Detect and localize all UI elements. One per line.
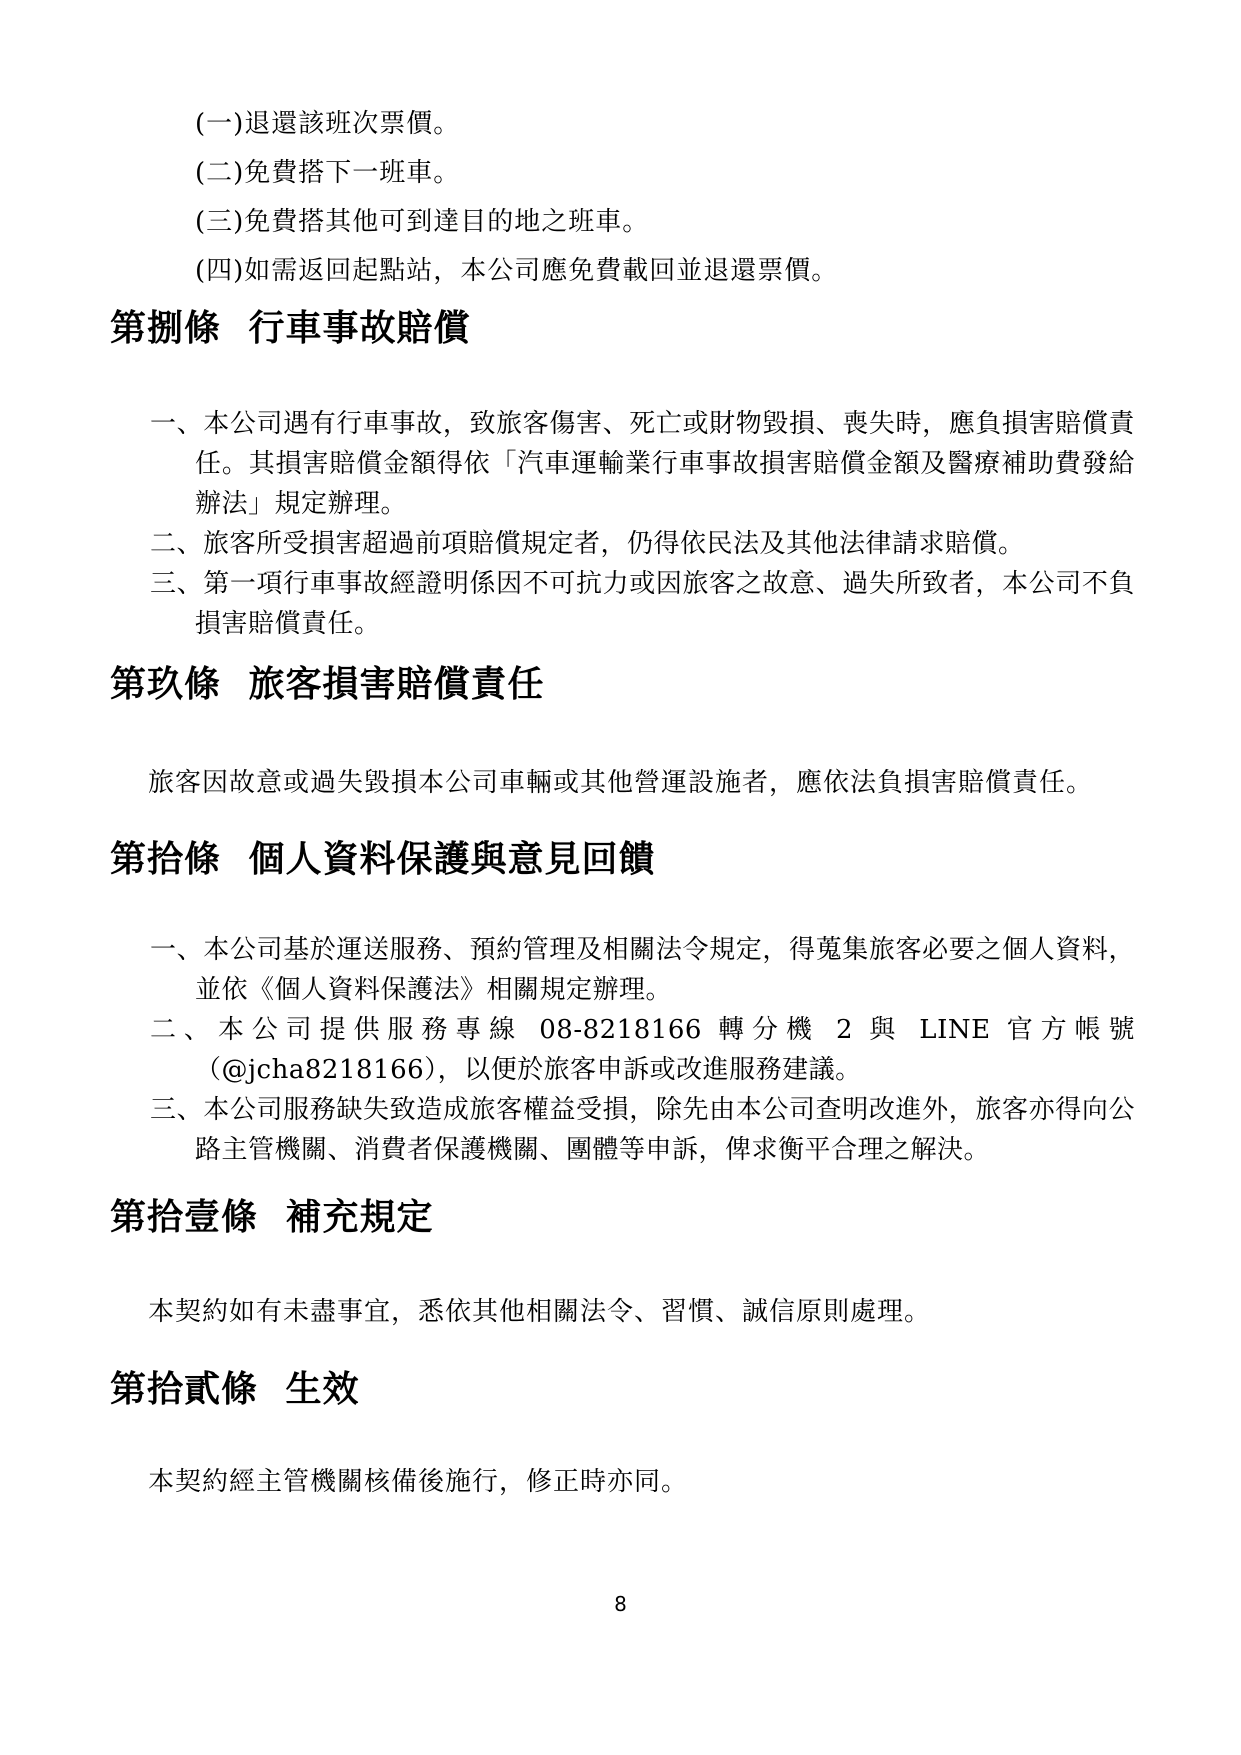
article-11-heading: 第拾壹條 補充規定 xyxy=(110,1199,434,1235)
list-item: 一、本公司基於運送服務、預約管理及相關法令規定，得蒐集旅客必要之個人資料，並依《… xyxy=(150,930,1135,1010)
list-item: 二、旅客所受損害超過前項賠償規定者，仍得依民法及其他法律請求賠償。 xyxy=(150,524,1135,564)
clause-sublist: (一)退還該班次票價。 (二)免費搭下一班車。 (三)免費搭其他可到達目的地之班… xyxy=(195,100,838,296)
article-11-paragraph: 本契約如有未盡事宜，悉依其他相關法令、習慣、誠信原則處理。 xyxy=(148,1292,1133,1332)
article-10-items: 一、本公司基於運送服務、預約管理及相關法令規定，得蒐集旅客必要之個人資料，並依《… xyxy=(150,930,1135,1170)
article-8-heading: 第捌條 行車事故賠償 xyxy=(110,310,471,346)
list-item: 一、本公司遇有行車事故，致旅客傷害、死亡或財物毀損、喪失時，應負損害賠償責任。其… xyxy=(150,404,1135,524)
article-12-paragraph: 本契約經主管機關核備後施行，修正時亦同。 xyxy=(148,1462,1133,1502)
article-8-items: 一、本公司遇有行車事故，致旅客傷害、死亡或財物毀損、喪失時，應負損害賠償責任。其… xyxy=(150,404,1135,644)
article-9-heading: 第玖條 旅客損害賠償責任 xyxy=(110,666,545,702)
article-12-heading: 第拾貳條 生效 xyxy=(110,1371,360,1407)
sublist-item: (二)免費搭下一班車。 xyxy=(195,149,838,198)
sublist-item: (三)免費搭其他可到達目的地之班車。 xyxy=(195,198,838,247)
article-9-paragraph: 旅客因故意或過失毀損本公司車輛或其他營運設施者，應依法負損害賠償責任。 xyxy=(148,763,1133,803)
sublist-item: (一)退還該班次票價。 xyxy=(195,100,838,149)
document-page: (一)退還該班次票價。 (二)免費搭下一班車。 (三)免費搭其他可到達目的地之班… xyxy=(0,0,1241,1755)
list-item: 二、本公司提供服務專線 08-8218166 轉分機 2 與 LINE 官方帳號… xyxy=(150,1010,1135,1090)
list-item: 三、第一項行車事故經證明係因不可抗力或因旅客之故意、過失所致者，本公司不負損害賠… xyxy=(150,564,1135,644)
article-10-heading: 第拾條 個人資料保護與意見回饋 xyxy=(110,841,656,877)
sublist-item: (四)如需返回起點站，本公司應免費載回並退還票價。 xyxy=(195,247,838,296)
list-item: 三、本公司服務缺失致造成旅客權益受損，除先由本公司查明改進外，旅客亦得向公路主管… xyxy=(150,1090,1135,1170)
page-number: 8 xyxy=(0,1592,1241,1616)
